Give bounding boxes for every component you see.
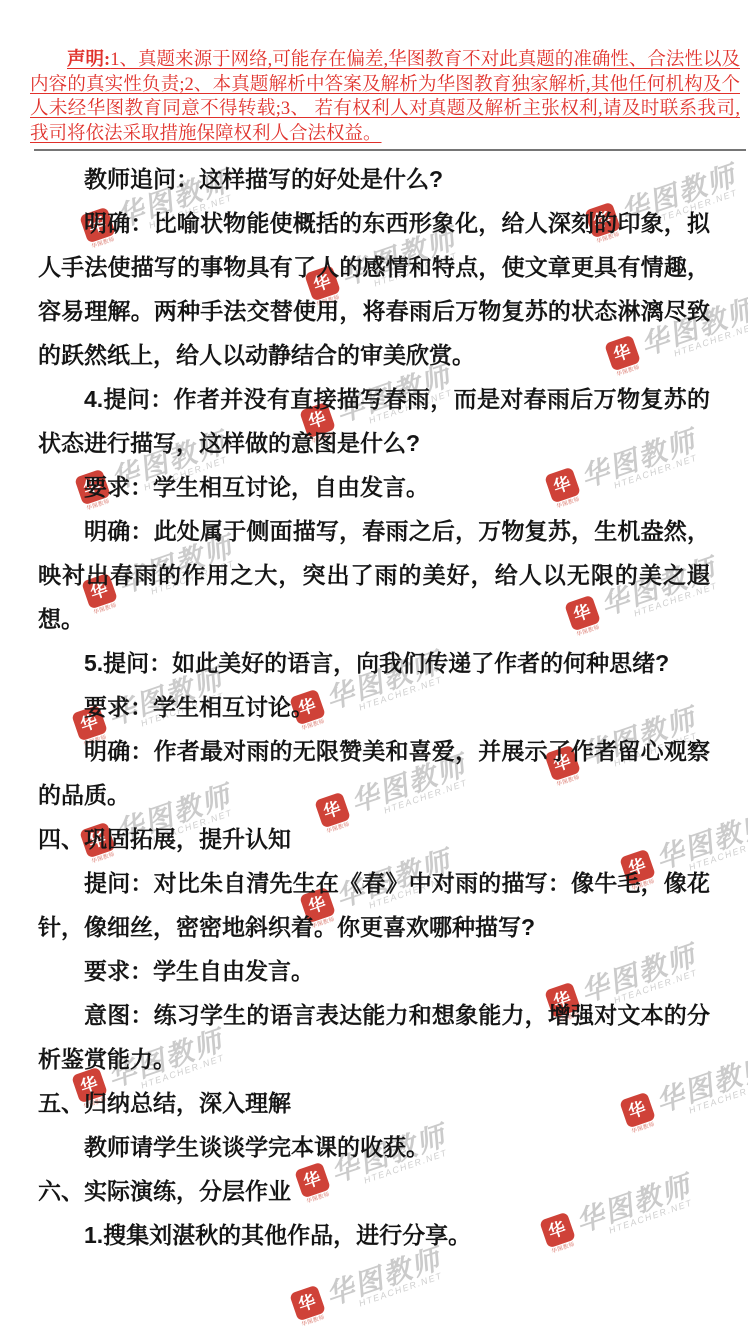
paragraph: 教师追问：这样描写的好处是什么? xyxy=(38,157,710,201)
disclaimer-body: 1、真题来源于网络,可能存在偏差,华图教育不对此真题的准确性、合法性以及内容的真… xyxy=(30,50,740,144)
watermark-url-text: HTEACHER.NET xyxy=(358,1270,448,1309)
content-layer: 声明:1、真题来源于网络,可能存在偏差,华图教育不对此真题的准确性、合法性以及内… xyxy=(0,48,748,1257)
huatu-logo-icon: 华华图教师 xyxy=(288,1285,328,1330)
paragraph: 明确：此处属于侧面描写，春雨之后，万物复苏，生机盎然，映衬出春雨的作用之大，突出… xyxy=(38,509,710,641)
section-heading: 四、巩固拓展，提升认知 xyxy=(38,817,710,861)
paragraph: 明确：作者最对雨的无限赞美和喜爱，并展示了作者留心观察的品质。 xyxy=(38,729,710,817)
paragraph: 明确：比喻状物能使概括的东西形象化，给人深刻的印象，拟人手法使描写的事物具有了人… xyxy=(38,201,710,377)
paragraph: 提问：对比朱自清先生在《春》中对雨的描写：像牛毛，像花针，像细丝，密密地斜织着。… xyxy=(38,861,710,949)
paragraph: 意图：练习学生的语言表达能力和想象能力，增强对文本的分析鉴赏能力。 xyxy=(38,993,710,1081)
section-heading: 五、归纳总结，深入理解 xyxy=(38,1081,710,1125)
disclaimer-text: 声明:1、真题来源于网络,可能存在偏差,华图教育不对此真题的准确性、合法性以及内… xyxy=(30,48,740,146)
paragraph: 教师请学生谈谈学完本课的收获。 xyxy=(38,1125,710,1169)
paragraph: 要求：学生相互讨论，自由发言。 xyxy=(38,465,710,509)
document-body: 教师追问：这样描写的好处是什么? 明确：比喻状物能使概括的东西形象化，给人深刻的… xyxy=(38,157,710,1257)
paragraph: 1.搜集刘湛秋的其他作品，进行分享。 xyxy=(38,1213,710,1257)
document-page: 华华图教师华图教师HTEACHER.NET华华图教师华图教师HTEACHER.N… xyxy=(0,0,748,1335)
disclaimer-label: 声明: xyxy=(67,50,110,70)
paragraph: 要求：学生相互讨论。 xyxy=(38,685,710,729)
header-divider xyxy=(34,149,746,151)
paragraph: 4.提问：作者并没有直接描写春雨，而是对春雨后万物复苏的状态进行描写，这样做的意… xyxy=(38,377,710,465)
paragraph: 要求：学生自由发言。 xyxy=(38,949,710,993)
section-heading: 六、实际演练，分层作业 xyxy=(38,1169,710,1213)
paragraph: 5.提问：如此美好的语言，向我们传递了作者的何种思绪? xyxy=(38,641,710,685)
